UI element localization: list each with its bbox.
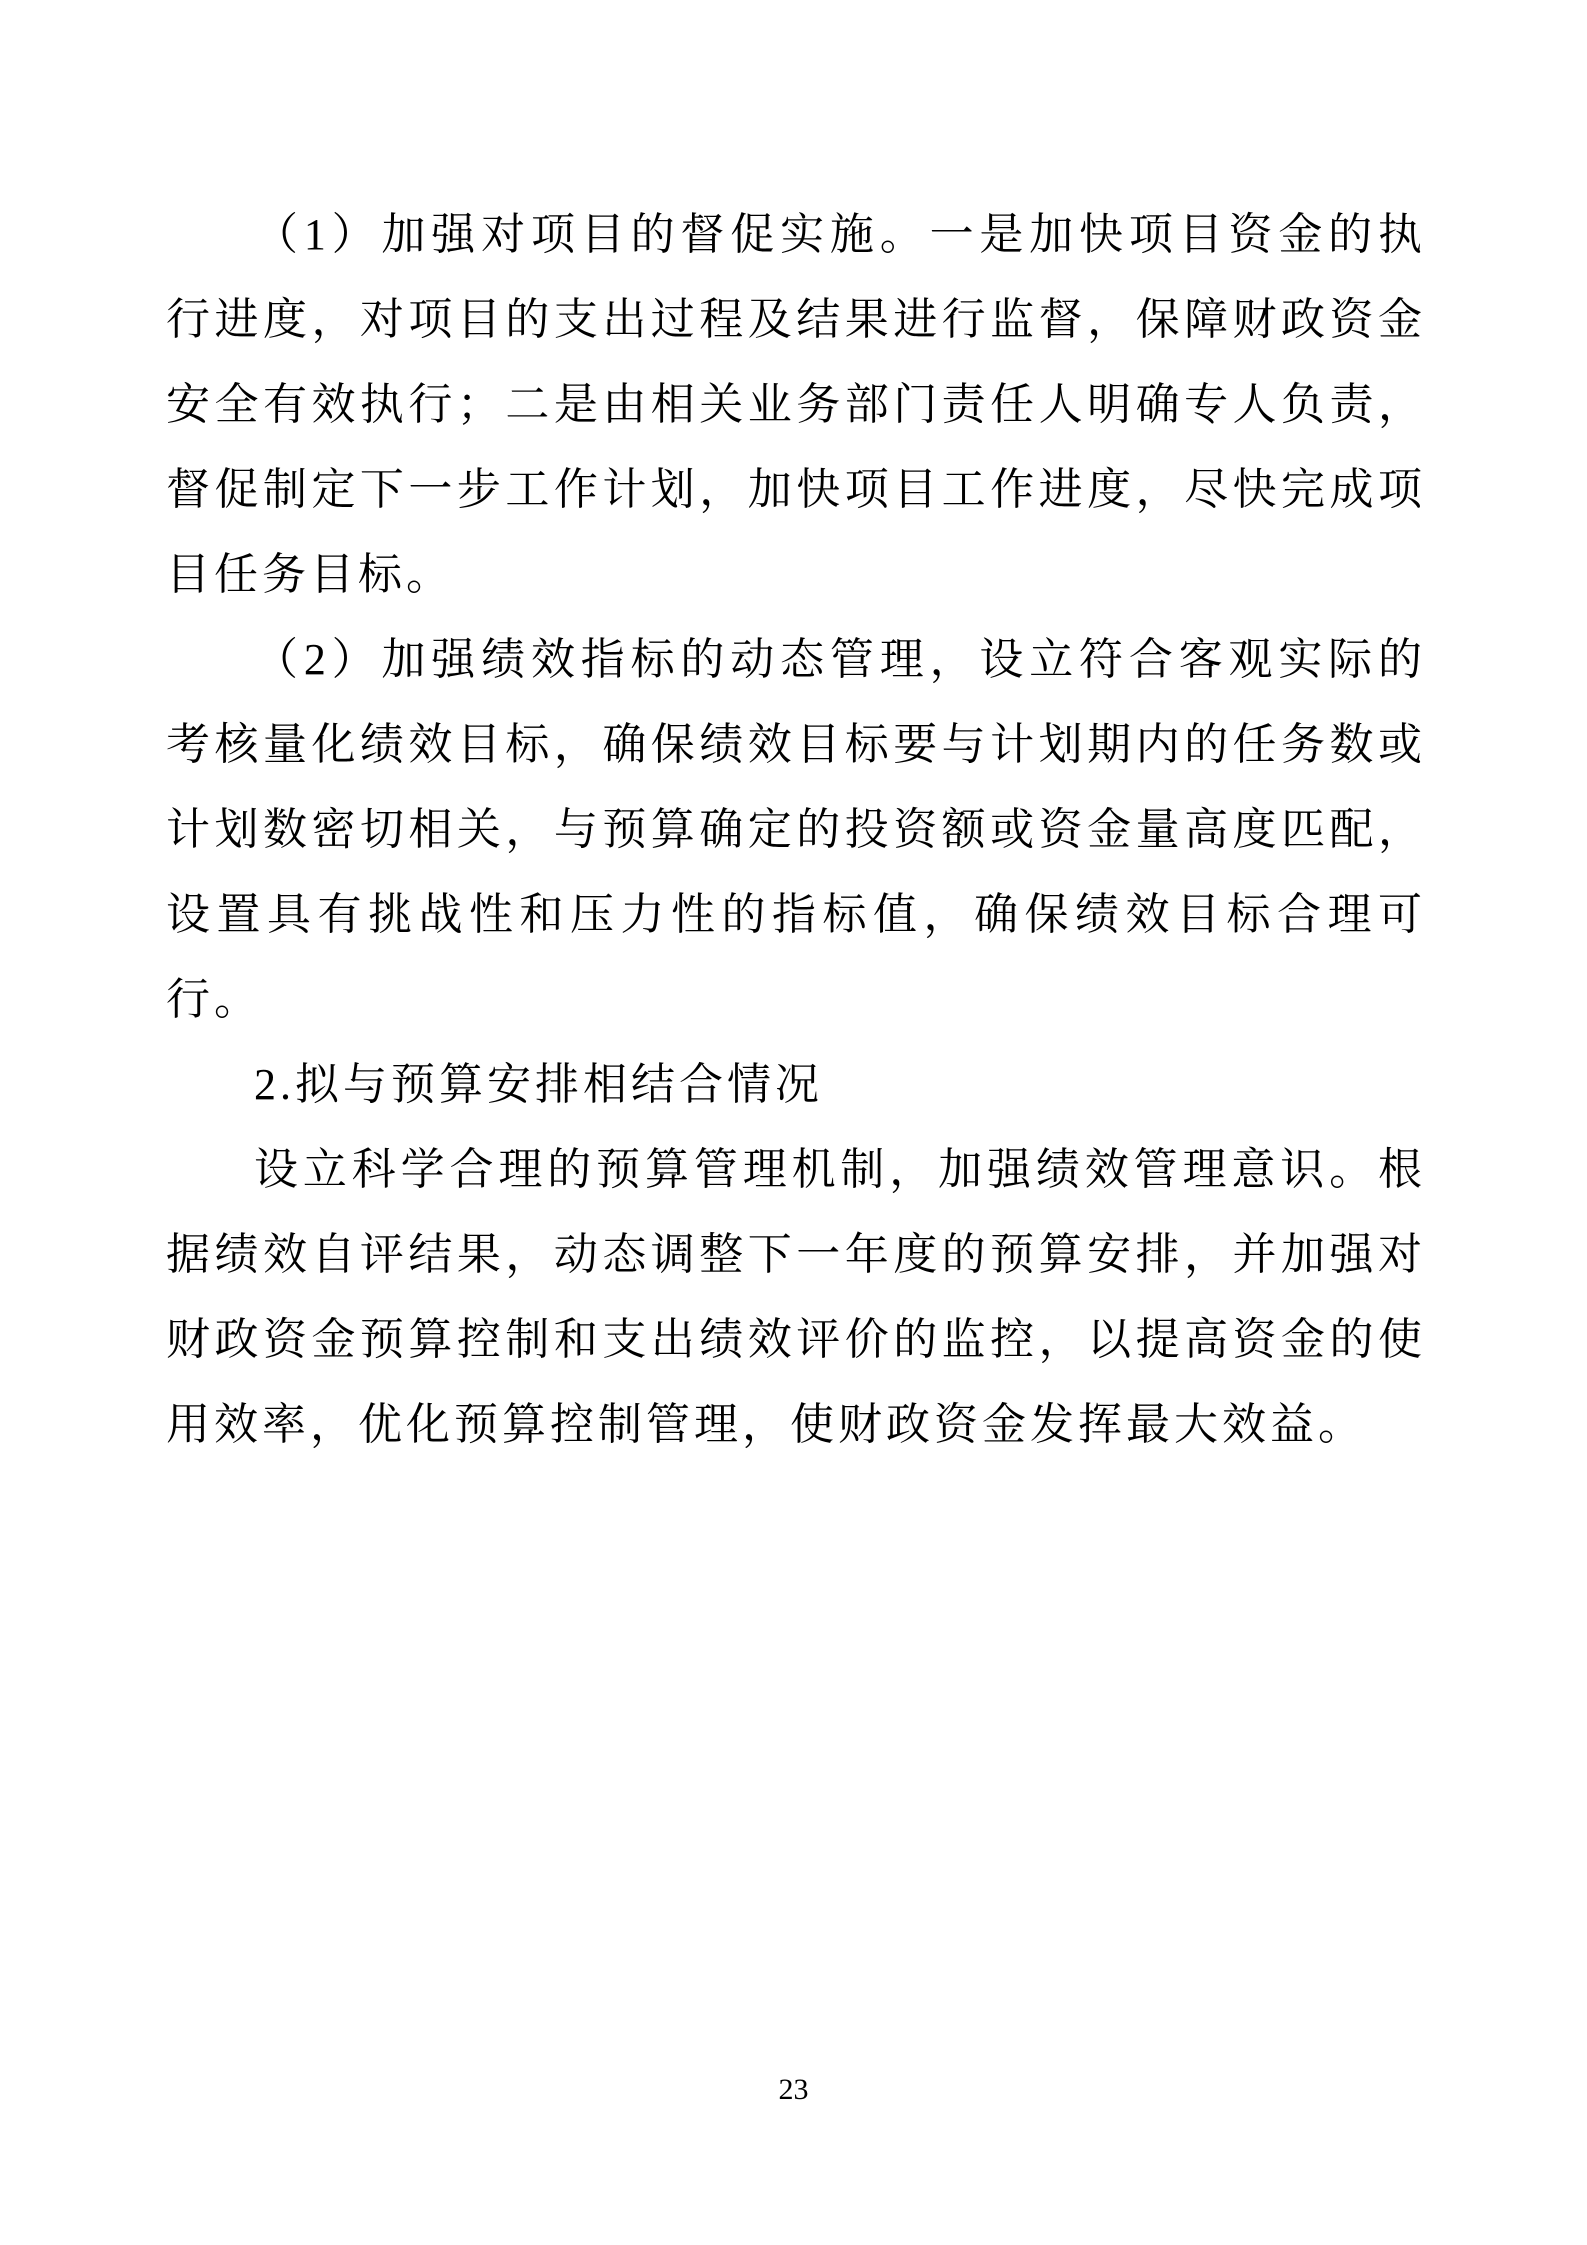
section-heading-budget-combination: 2.拟与预算安排相结合情况 xyxy=(166,1042,1426,1127)
paragraph-budget-management-mechanism: 设立科学合理的预算管理机制，加强绩效管理意识。根据绩效自评结果，动态调整下一年度… xyxy=(166,1127,1426,1467)
document-body: （1）加强对项目的督促实施。一是加快项目资金的执行进度，对项目的支出过程及结果进… xyxy=(166,192,1426,1467)
document-page: （1）加强对项目的督促实施。一是加快项目资金的执行进度，对项目的支出过程及结果进… xyxy=(0,0,1587,2245)
page-number: 23 xyxy=(0,2072,1587,2108)
paragraph-supervise-implementation: （1）加强对项目的督促实施。一是加快项目资金的执行进度，对项目的支出过程及结果进… xyxy=(166,192,1426,617)
paragraph-dynamic-indicator-management: （2）加强绩效指标的动态管理，设立符合客观实际的考核量化绩效目标，确保绩效目标要… xyxy=(166,617,1426,1042)
